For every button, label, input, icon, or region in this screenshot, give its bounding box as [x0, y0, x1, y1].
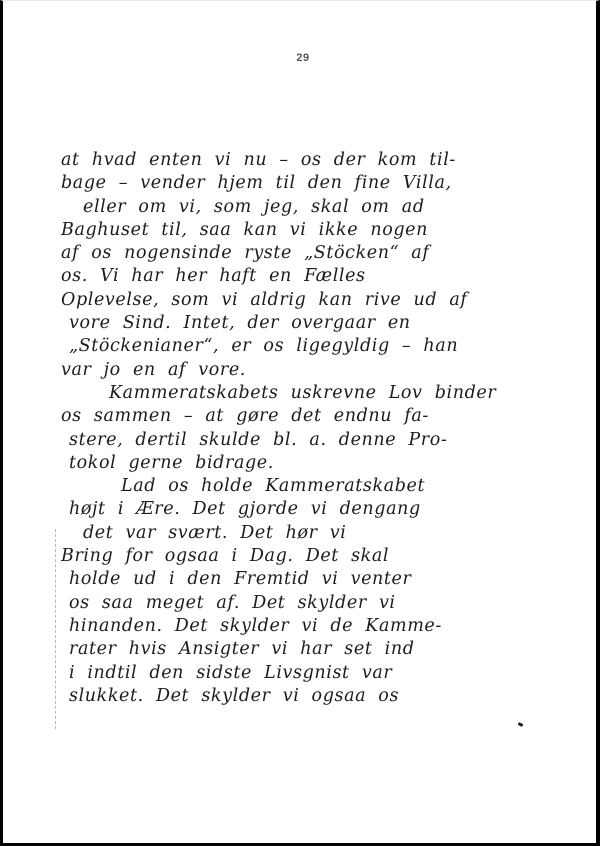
- text-line: slukket. Det skylder vi ogsaa os: [61, 685, 561, 708]
- text-line: os saa meget af. Det skylder vi: [61, 592, 561, 615]
- text-line: „Stöckenianer“, er os ligegyldig – han: [61, 335, 561, 358]
- margin-rule: [55, 529, 56, 729]
- text-line: det var svært. Det hør vi: [61, 522, 561, 545]
- text-line: i indtil den sidste Livsgnist var: [61, 662, 561, 685]
- ink-mark: [518, 722, 524, 727]
- text-line: Oplevelse, som vi aldrig kan rive ud af: [61, 289, 561, 312]
- text-line: rater hvis Ansigter vi har set ind: [61, 638, 561, 661]
- text-line: var jo en af vore.: [61, 359, 561, 382]
- text-line: os sammen – at gøre det endnu fa-: [61, 405, 561, 428]
- text-line: bage – vender hjem til den fine Villa,: [61, 172, 561, 195]
- handwritten-text: at hvad enten vi nu – os der kom til- ba…: [61, 149, 561, 708]
- text-line: at hvad enten vi nu – os der kom til-: [61, 149, 561, 172]
- text-line: holde ud i den Fremtid vi venter: [61, 568, 561, 591]
- text-line: hinanden. Det skylder vi de Kamme-: [61, 615, 561, 638]
- page-number: 29: [3, 52, 600, 64]
- text-line: af os nogensinde ryste „Stöcken“ af: [61, 242, 561, 265]
- text-line: højt i Ære. Det gjorde vi dengang: [61, 498, 561, 521]
- text-line: Lad os holde Kammeratskabet: [61, 475, 561, 498]
- text-line: tokol gerne bidrage.: [61, 452, 561, 475]
- text-line: Baghuset til, saa kan vi ikke nogen: [61, 219, 561, 242]
- text-line: stere, dertil skulde bl. a. denne Pro-: [61, 429, 561, 452]
- text-line: vore Sind. Intet, der overgaar en: [61, 312, 561, 335]
- text-line: eller om vi, som jeg, skal om ad: [61, 196, 561, 219]
- text-line: Kammeratskabets uskrevne Lov binder: [61, 382, 561, 405]
- scanned-page: 29 at hvad enten vi nu – os der kom til-…: [0, 0, 600, 846]
- text-line: Bring for ogsaa i Dag. Det skal: [61, 545, 561, 568]
- text-line: os. Vi har her haft en Fælles: [61, 265, 561, 288]
